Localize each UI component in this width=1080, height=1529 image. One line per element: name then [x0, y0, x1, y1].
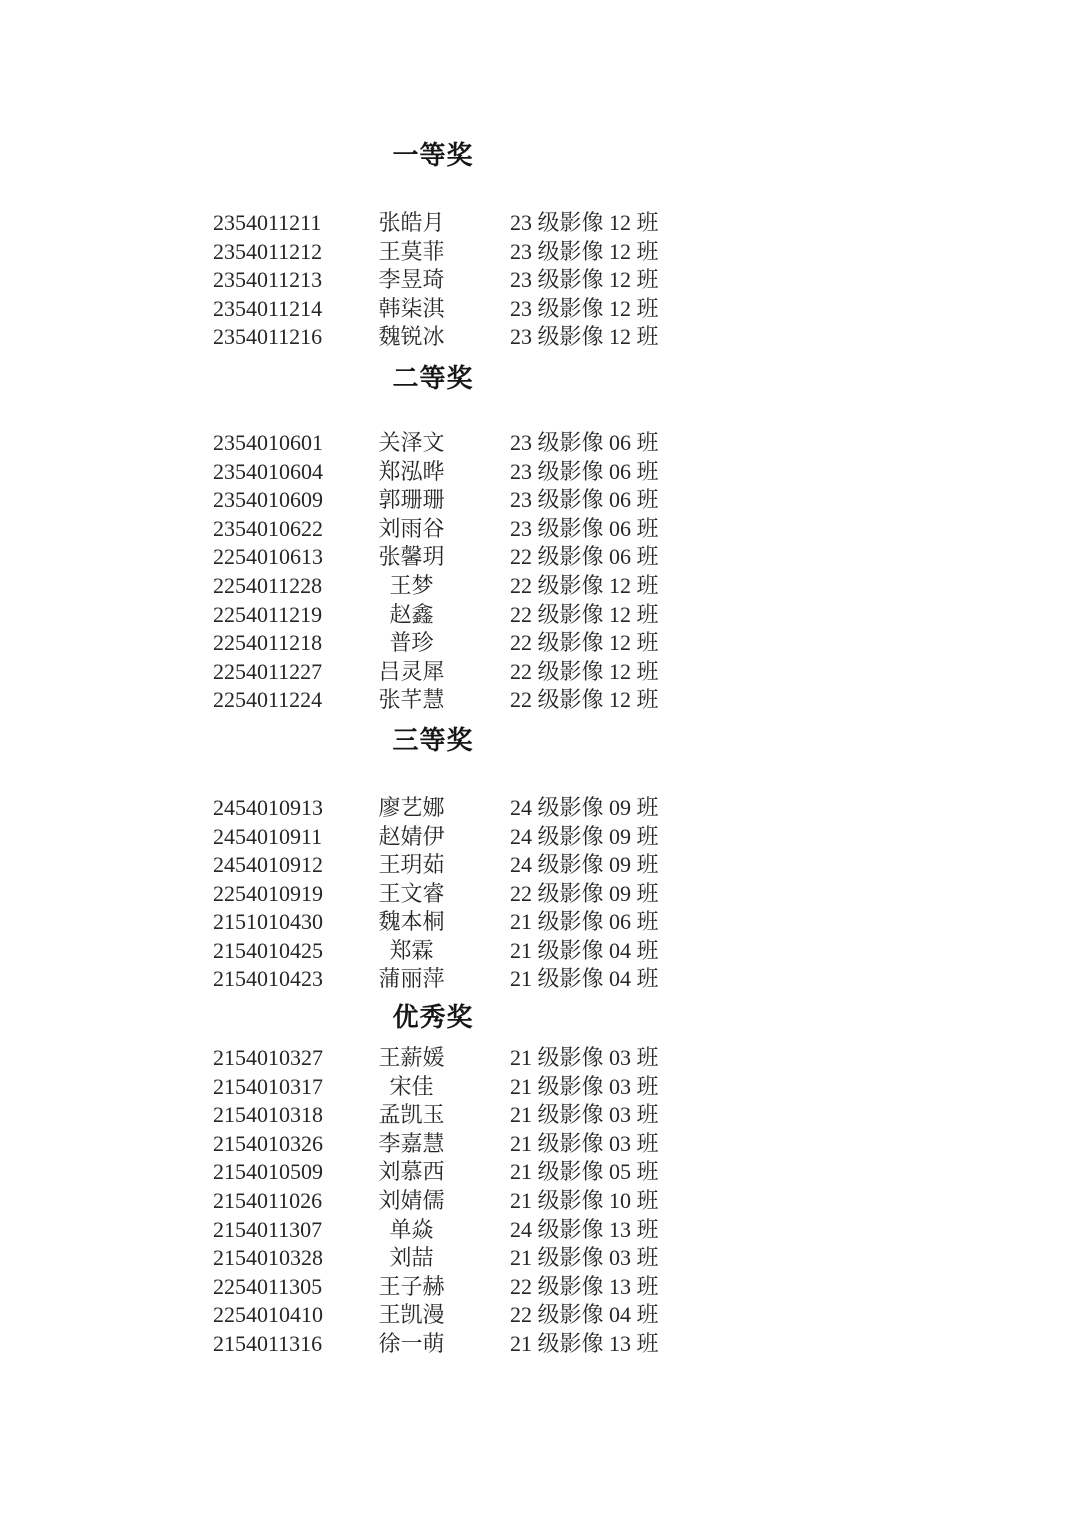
award-section: 一等奖2354011211张皓月23 级影像 12 班2354011212王莫菲… — [213, 137, 653, 352]
document-content: 一等奖2354011211张皓月23 级影像 12 班2354011212王莫菲… — [0, 137, 1080, 1359]
table-row: 2154010326李嘉慧21 级影像 03 班 — [213, 1130, 653, 1159]
student-name: 关泽文 — [313, 429, 510, 458]
student-id: 2254011227 — [213, 658, 313, 687]
class-label: 21 级影像 03 班 — [510, 1244, 653, 1273]
class-label: 24 级影像 09 班 — [510, 851, 653, 880]
award-section: 三等奖2454010913廖艺娜24 级影像 09 班2454010911赵婧伊… — [213, 722, 653, 994]
student-id: 2154010425 — [213, 937, 313, 966]
student-name: 刘婧儒 — [313, 1187, 510, 1216]
table-row: 2154010317宋佳21 级影像 03 班 — [213, 1073, 653, 1102]
student-name: 张皓月 — [313, 209, 510, 238]
class-label: 23 级影像 06 班 — [510, 429, 653, 458]
student-name: 廖艺娜 — [313, 794, 510, 823]
student-id: 2354011216 — [213, 323, 313, 352]
class-label: 21 级影像 04 班 — [510, 965, 653, 994]
class-label: 22 级影像 12 班 — [510, 572, 653, 601]
award-list: 一等奖2354011211张皓月23 级影像 12 班2354011212王莫菲… — [213, 137, 653, 1359]
class-label: 21 级影像 05 班 — [510, 1158, 653, 1187]
student-name: 李昱琦 — [313, 266, 510, 295]
student-name: 韩柒淇 — [313, 295, 510, 324]
table-row: 2354010609郭珊珊23 级影像 06 班 — [213, 486, 653, 515]
table-row: 2254011218普珍22 级影像 12 班 — [213, 629, 653, 658]
student-id: 2154010317 — [213, 1073, 313, 1102]
class-label: 22 级影像 04 班 — [510, 1301, 653, 1330]
class-label: 22 级影像 13 班 — [510, 1273, 653, 1302]
table-row: 2154010425郑霖21 级影像 04 班 — [213, 937, 653, 966]
table-row: 2154011026刘婧儒21 级影像 10 班 — [213, 1187, 653, 1216]
student-id: 2354010609 — [213, 486, 313, 515]
class-label: 22 级影像 12 班 — [510, 601, 653, 630]
class-label: 22 级影像 06 班 — [510, 543, 653, 572]
student-id: 2354010622 — [213, 515, 313, 544]
student-name: 刘雨谷 — [313, 515, 510, 544]
student-id: 2254010410 — [213, 1301, 313, 1330]
table-row: 2354011216魏锐冰23 级影像 12 班 — [213, 323, 653, 352]
table-row: 2154011316徐一萌21 级影像 13 班 — [213, 1330, 653, 1359]
class-label: 22 级影像 12 班 — [510, 686, 653, 715]
student-name: 赵婧伊 — [313, 823, 510, 852]
student-id: 2454010911 — [213, 823, 313, 852]
student-name: 李嘉慧 — [313, 1130, 510, 1159]
student-name: 王梦 — [313, 572, 510, 601]
class-label: 24 级影像 09 班 — [510, 794, 653, 823]
student-name: 张芊慧 — [313, 686, 510, 715]
student-id: 2151010430 — [213, 908, 313, 937]
section-title: 二等奖 — [213, 360, 653, 396]
class-label: 23 级影像 12 班 — [510, 209, 653, 238]
student-name: 郑霖 — [313, 937, 510, 966]
class-label: 23 级影像 06 班 — [510, 458, 653, 487]
class-label: 21 级影像 03 班 — [510, 1130, 653, 1159]
award-section: 优秀奖2154010327王薪媛21 级影像 03 班2154010317宋佳2… — [213, 999, 653, 1359]
student-name: 王文睿 — [313, 880, 510, 909]
student-id: 2154010326 — [213, 1130, 313, 1159]
student-id: 2254010613 — [213, 543, 313, 572]
table-row: 2354011211张皓月23 级影像 12 班 — [213, 209, 653, 238]
student-id: 2354010604 — [213, 458, 313, 487]
table-row: 2454010912王玥茹24 级影像 09 班 — [213, 851, 653, 880]
student-id: 2254011219 — [213, 601, 313, 630]
section-title: 三等奖 — [213, 722, 653, 758]
class-label: 21 级影像 03 班 — [510, 1044, 653, 1073]
class-label: 21 级影像 06 班 — [510, 908, 653, 937]
class-label: 21 级影像 03 班 — [510, 1101, 653, 1130]
class-label: 24 级影像 09 班 — [510, 823, 653, 852]
table-row: 2154010318孟凯玉21 级影像 03 班 — [213, 1101, 653, 1130]
student-name: 赵鑫 — [313, 601, 510, 630]
section-rows: 2354010601关泽文23 级影像 06 班2354010604郑泓晔23 … — [213, 429, 653, 715]
student-id: 2254011305 — [213, 1273, 313, 1302]
section-rows: 2454010913廖艺娜24 级影像 09 班2454010911赵婧伊24 … — [213, 794, 653, 994]
table-row: 2254011219赵鑫22 级影像 12 班 — [213, 601, 653, 630]
student-id: 2154010318 — [213, 1101, 313, 1130]
student-id: 2354011212 — [213, 238, 313, 267]
student-id: 2154010327 — [213, 1044, 313, 1073]
student-id: 2154010509 — [213, 1158, 313, 1187]
student-name: 王薪媛 — [313, 1044, 510, 1073]
student-name: 蒲丽萍 — [313, 965, 510, 994]
section-rows: 2354011211张皓月23 级影像 12 班2354011212王莫菲23 … — [213, 209, 653, 352]
student-id: 2254010919 — [213, 880, 313, 909]
class-label: 22 级影像 12 班 — [510, 629, 653, 658]
student-name: 王子赫 — [313, 1273, 510, 1302]
student-id: 2354011214 — [213, 295, 313, 324]
table-row: 2254010919王文睿22 级影像 09 班 — [213, 880, 653, 909]
table-row: 2354010604郑泓晔23 级影像 06 班 — [213, 458, 653, 487]
student-name: 张馨玥 — [313, 543, 510, 572]
table-row: 2354011212王莫菲23 级影像 12 班 — [213, 238, 653, 267]
student-id: 2154010328 — [213, 1244, 313, 1273]
student-id: 2254011218 — [213, 629, 313, 658]
award-section: 二等奖2354010601关泽文23 级影像 06 班2354010604郑泓晔… — [213, 360, 653, 715]
table-row: 2254011228王梦22 级影像 12 班 — [213, 572, 653, 601]
student-id: 2154010423 — [213, 965, 313, 994]
student-name: 魏锐冰 — [313, 323, 510, 352]
student-name: 单焱 — [313, 1216, 510, 1245]
class-label: 21 级影像 13 班 — [510, 1330, 653, 1359]
section-title: 优秀奖 — [213, 999, 653, 1035]
section-rows: 2154010327王薪媛21 级影像 03 班2154010317宋佳21 级… — [213, 1044, 653, 1359]
student-id: 2354011211 — [213, 209, 313, 238]
table-row: 2254011224张芊慧22 级影像 12 班 — [213, 686, 653, 715]
table-row: 2354010622刘雨谷23 级影像 06 班 — [213, 515, 653, 544]
student-name: 普珍 — [313, 629, 510, 658]
student-id: 2154011026 — [213, 1187, 313, 1216]
table-row: 2151010430魏本桐21 级影像 06 班 — [213, 908, 653, 937]
class-label: 23 级影像 12 班 — [510, 295, 653, 324]
table-row: 2354011213李昱琦23 级影像 12 班 — [213, 266, 653, 295]
student-name: 王玥茹 — [313, 851, 510, 880]
student-id: 2154011307 — [213, 1216, 313, 1245]
student-name: 宋佳 — [313, 1073, 510, 1102]
table-row: 2154010327王薪媛21 级影像 03 班 — [213, 1044, 653, 1073]
table-row: 2454010913廖艺娜24 级影像 09 班 — [213, 794, 653, 823]
student-name: 刘慕西 — [313, 1158, 510, 1187]
class-label: 24 级影像 13 班 — [510, 1216, 653, 1245]
class-label: 23 级影像 12 班 — [510, 323, 653, 352]
student-name: 郑泓晔 — [313, 458, 510, 487]
document-page: 一等奖2354011211张皓月23 级影像 12 班2354011212王莫菲… — [0, 0, 1080, 1529]
table-row: 2154010423蒲丽萍21 级影像 04 班 — [213, 965, 653, 994]
class-label: 23 级影像 06 班 — [510, 486, 653, 515]
class-label: 23 级影像 06 班 — [510, 515, 653, 544]
student-name: 徐一萌 — [313, 1330, 510, 1359]
table-row: 2354010601关泽文23 级影像 06 班 — [213, 429, 653, 458]
student-name: 郭珊珊 — [313, 486, 510, 515]
class-label: 21 级影像 04 班 — [510, 937, 653, 966]
class-label: 21 级影像 10 班 — [510, 1187, 653, 1216]
table-row: 2254011227吕灵犀22 级影像 12 班 — [213, 658, 653, 687]
student-name: 孟凯玉 — [313, 1101, 510, 1130]
table-row: 2354011214韩柒淇23 级影像 12 班 — [213, 295, 653, 324]
table-row: 2254010613张馨玥22 级影像 06 班 — [213, 543, 653, 572]
student-id: 2354010601 — [213, 429, 313, 458]
class-label: 22 级影像 09 班 — [510, 880, 653, 909]
table-row: 2254010410王凯漫22 级影像 04 班 — [213, 1301, 653, 1330]
class-label: 22 级影像 12 班 — [510, 658, 653, 687]
table-row: 2254011305王子赫22 级影像 13 班 — [213, 1273, 653, 1302]
student-name: 魏本桐 — [313, 908, 510, 937]
student-name: 吕灵犀 — [313, 658, 510, 687]
table-row: 2154011307单焱24 级影像 13 班 — [213, 1216, 653, 1245]
student-id: 2254011224 — [213, 686, 313, 715]
class-label: 23 级影像 12 班 — [510, 266, 653, 295]
class-label: 21 级影像 03 班 — [510, 1073, 653, 1102]
student-id: 2254011228 — [213, 572, 313, 601]
table-row: 2454010911赵婧伊24 级影像 09 班 — [213, 823, 653, 852]
student-id: 2454010912 — [213, 851, 313, 880]
student-name: 王莫菲 — [313, 238, 510, 267]
student-id: 2454010913 — [213, 794, 313, 823]
class-label: 23 级影像 12 班 — [510, 238, 653, 267]
table-row: 2154010509刘慕西21 级影像 05 班 — [213, 1158, 653, 1187]
student-name: 王凯漫 — [313, 1301, 510, 1330]
student-id: 2154011316 — [213, 1330, 313, 1359]
section-title: 一等奖 — [213, 137, 653, 173]
student-id: 2354011213 — [213, 266, 313, 295]
student-name: 刘喆 — [313, 1244, 510, 1273]
table-row: 2154010328刘喆21 级影像 03 班 — [213, 1244, 653, 1273]
